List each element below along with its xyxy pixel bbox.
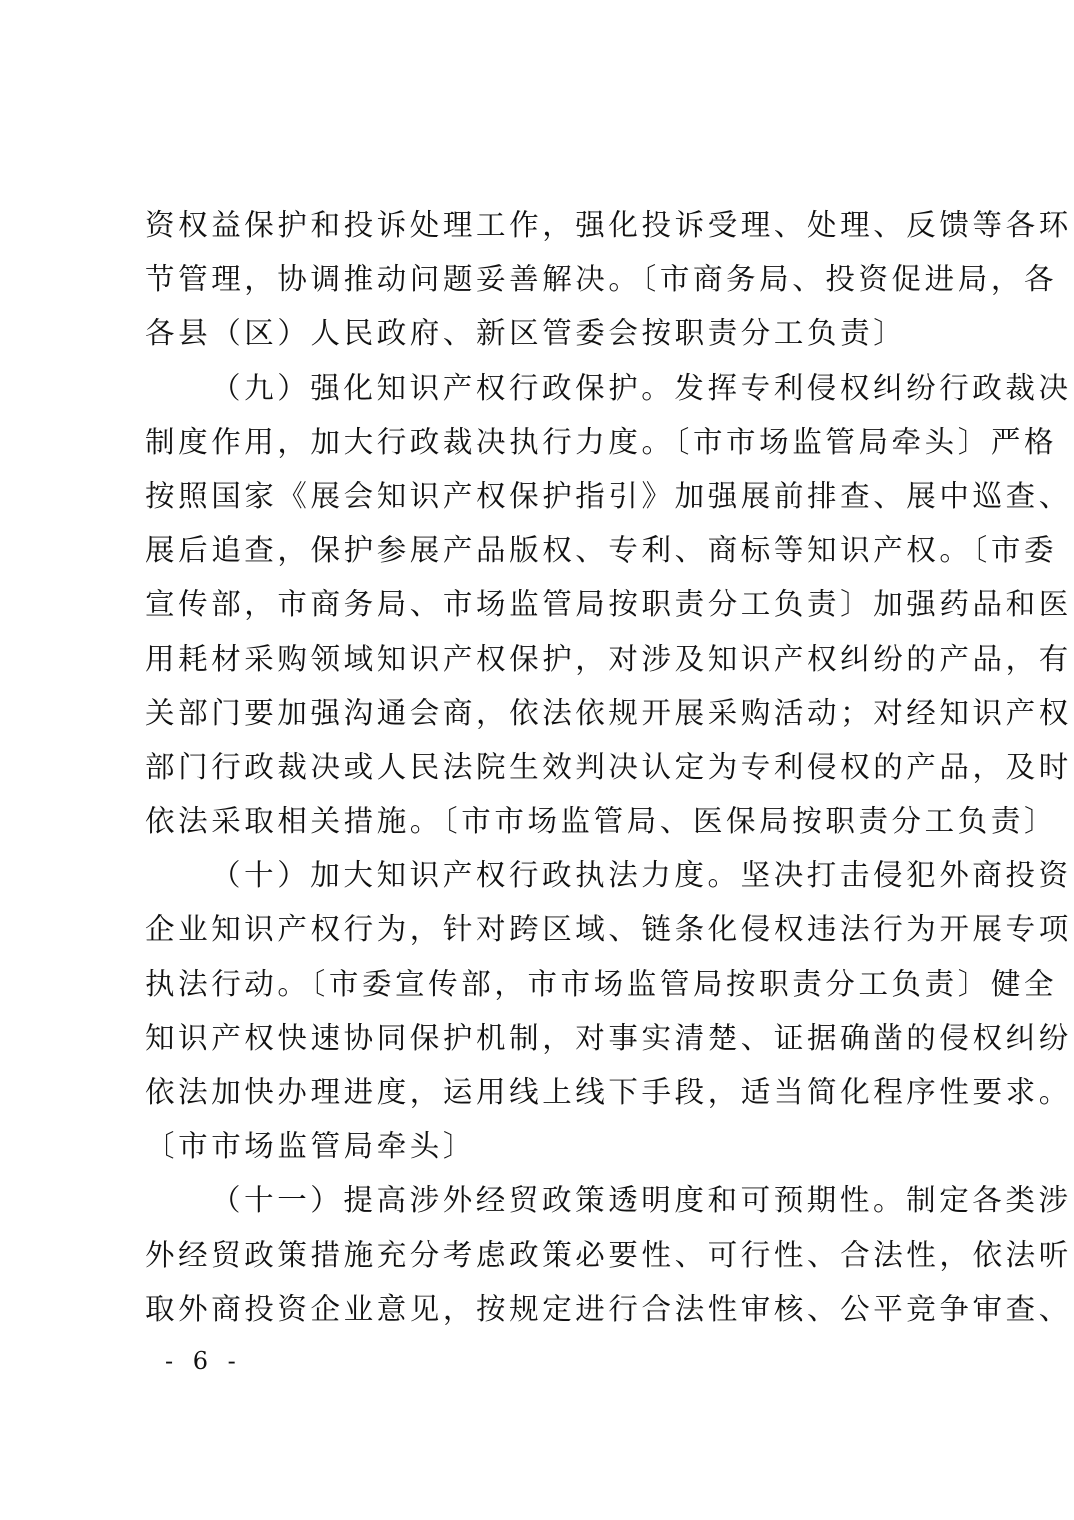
text-line: 宣传部，市商务局、市场监管局按职责分工负责〕加强药品和医	[145, 577, 945, 631]
section-heading-line-9: （九）强化知识产权行政保护。发挥专利侵权纠纷行政裁决	[145, 361, 945, 415]
section-heading-line-10: （十）加大知识产权行政执法力度。坚决打击侵犯外商投资	[145, 848, 945, 902]
text-line: 依法加快办理进度，运用线上线下手段，适当简化程序性要求。	[145, 1065, 945, 1119]
document-page: 资权益保护和投诉处理工作，强化投诉受理、处理、反馈等各环 节管理，协调推动问题妥…	[0, 0, 1074, 1520]
text-line: 用耗材采购领域知识产权保护，对涉及知识产权纠纷的产品，有	[145, 632, 945, 686]
text-line: 依法采取相关措施。〔市市场监管局、医保局按职责分工负责〕	[145, 794, 945, 848]
text-line: 节管理，协调推动问题妥善解决。〔市商务局、投资促进局，各	[145, 252, 945, 306]
page-number: - 6 -	[165, 1347, 242, 1375]
text-line: 部门行政裁决或人民法院生效判决认定为专利侵权的产品，及时	[145, 740, 945, 794]
document-body: 资权益保护和投诉处理工作，强化投诉受理、处理、反馈等各环 节管理，协调推动问题妥…	[145, 198, 945, 1336]
text-line: 〔市市场监管局牵头〕	[145, 1119, 945, 1173]
text-line: 知识产权快速协同保护机制，对事实清楚、证据确凿的侵权纠纷	[145, 1011, 945, 1065]
text-line: 各县（区）人民政府、新区管委会按职责分工负责〕	[145, 306, 945, 360]
text-line: 制度作用，加大行政裁决执行力度。〔市市场监管局牵头〕严格	[145, 415, 945, 469]
text-line: 按照国家《展会知识产权保护指引》加强展前排查、展中巡查、	[145, 469, 945, 523]
text-line: 展后追查，保护参展产品版权、专利、商标等知识产权。〔市委	[145, 523, 945, 577]
section-heading-line-11: （十一）提高涉外经贸政策透明度和可预期性。制定各类涉	[145, 1173, 945, 1227]
text-line: 企业知识产权行为，针对跨区域、链条化侵权违法行为开展专项	[145, 902, 945, 956]
text-line: 外经贸政策措施充分考虑政策必要性、可行性、合法性，依法听	[145, 1228, 945, 1282]
text-line: 关部门要加强沟通会商，依法依规开展采购活动；对经知识产权	[145, 686, 945, 740]
text-line: 取外商投资企业意见，按规定进行合法性审核、公平竞争审查、	[145, 1282, 945, 1336]
text-line: 资权益保护和投诉处理工作，强化投诉受理、处理、反馈等各环	[145, 198, 945, 252]
text-line: 执法行动。〔市委宣传部，市市场监管局按职责分工负责〕健全	[145, 957, 945, 1011]
